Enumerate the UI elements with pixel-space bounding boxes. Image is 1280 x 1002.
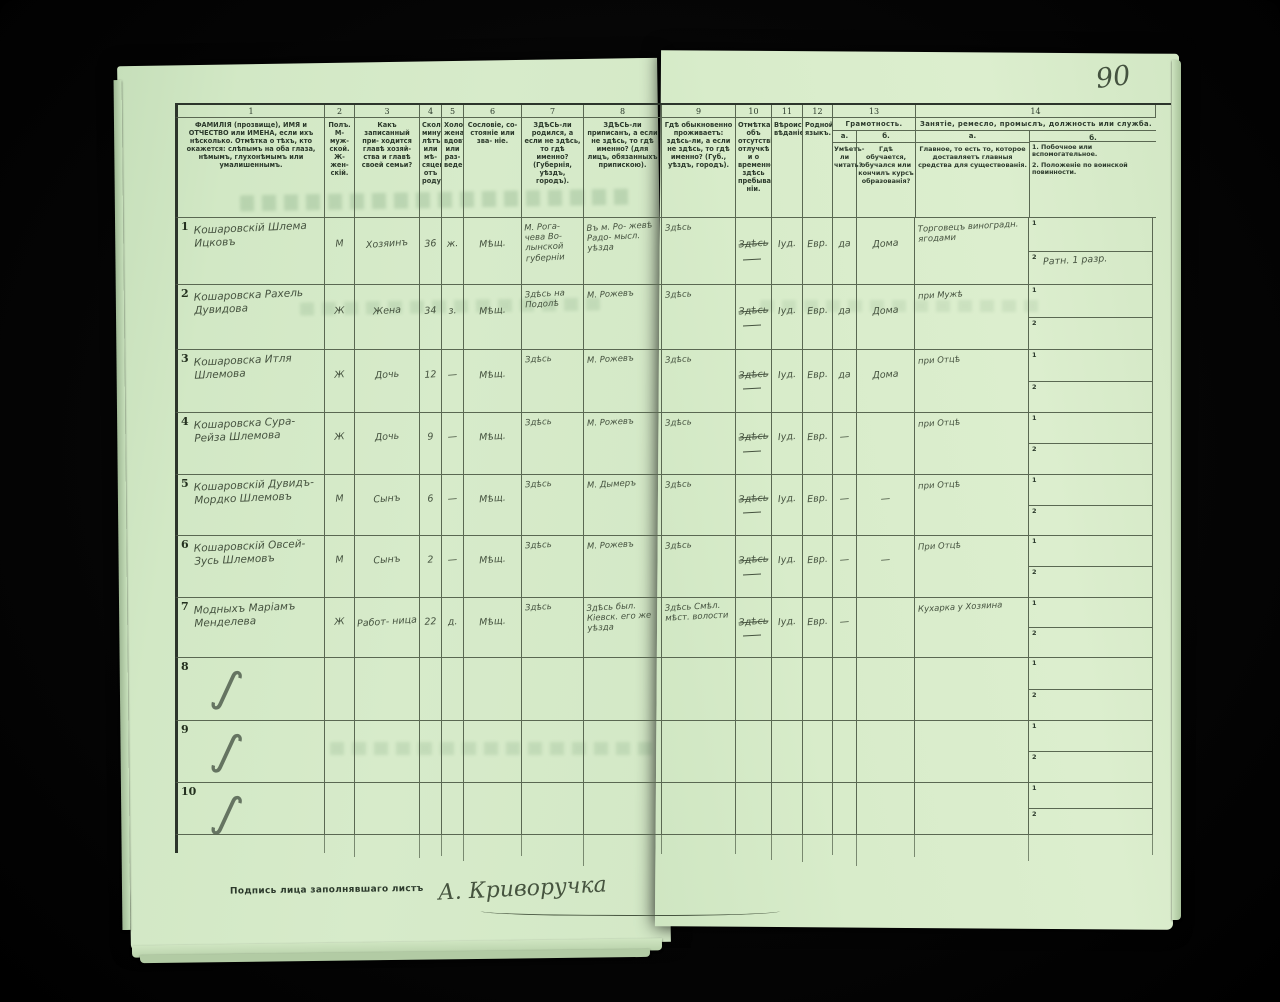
cell-marital: — xyxy=(442,536,464,598)
handwritten-entry: 9 xyxy=(420,431,441,443)
column-line-tail xyxy=(442,835,464,861)
col2-header: Полъ. М-муж-ской. Ж-жен-скій. xyxy=(325,118,355,218)
cell-marital: ж. xyxy=(442,218,464,285)
col14-number: 14 xyxy=(916,105,1156,118)
handwritten-entry: Ж xyxy=(325,368,354,381)
cell-age: 12 xyxy=(420,350,442,413)
occupation-a-text: Главное, то есть то, которое доставляетъ… xyxy=(916,143,1029,217)
occupation-title: Занятіе, ремесло, промыслъ, должность ил… xyxy=(916,118,1156,131)
handwritten-name: Кошаровскій Шлема Ицковъ xyxy=(193,219,320,251)
cell-occupation-main: при Отцѣ xyxy=(915,413,1029,475)
handwritten-name: Кошаровскій Овсей-Зусь Шлемовъ xyxy=(193,537,320,569)
cell-relation: Хозяинъ xyxy=(355,218,420,285)
cell-registration xyxy=(584,783,662,835)
cell-marital: з. xyxy=(442,285,464,350)
cell-registration: Въ м. Ро- жевѣ Радо- мысл. уѣзда xyxy=(584,218,662,285)
table-row: 4Кошаровска Сура-Рейза ШлемоваЖДочь9—Мѣщ… xyxy=(175,413,1171,475)
handwritten-entry: Кухарка у Хозяина xyxy=(915,599,1028,615)
row-number: 10 xyxy=(181,785,196,798)
handwritten-entry: Евр. xyxy=(803,615,832,628)
occupation-side-slot: 1 xyxy=(1029,598,1152,628)
header-number-row: 1 2 3 4 5 6 7 8 9 10 11 12 13 14 xyxy=(175,105,1171,118)
cell-occupation-side: 12 xyxy=(1029,783,1153,835)
cell-sex xyxy=(325,721,355,783)
col4-header: Сколько минуло лѣтъ или мѣ- сяцевъ отъ р… xyxy=(420,118,442,218)
cell-educated-where: Дома xyxy=(857,218,915,285)
cell-educated-where xyxy=(857,721,915,783)
cell-educated-where xyxy=(857,413,915,475)
table-row: 1Кошаровскій Шлема ИцковъМХозяинъ36ж.Мѣщ… xyxy=(175,218,1171,285)
occupation-b-text-2: 2. Положеніе по воинской повинности. xyxy=(1030,160,1156,178)
handwritten-entry: М. Дымеръ xyxy=(584,477,661,491)
handwritten-entry: Мѣщ. xyxy=(464,492,521,507)
handwritten-entry: Іуд. xyxy=(772,492,802,505)
cell-birthplace: Здѣсь xyxy=(522,413,584,475)
printed-slot-number: 2 xyxy=(1032,319,1037,327)
row-number: 6 xyxy=(181,538,189,551)
printed-slot-number: 1 xyxy=(1032,537,1037,545)
printed-slot-number: 2 xyxy=(1032,253,1037,261)
signature-handwriting: А. Криворучка xyxy=(437,872,607,905)
col7-header: ЗДѢСЬ-ли родился, а если не здѣсь, то гд… xyxy=(522,118,584,218)
handwritten-entry: Работ- ница xyxy=(355,614,419,629)
table-row: 3Кошаровска Итля ШлемоваЖДочь12—Мѣщ.Здѣс… xyxy=(175,350,1171,413)
handwritten-entry: М. Рожевъ xyxy=(584,415,661,429)
cell-marital xyxy=(442,721,464,783)
cell-estate xyxy=(464,721,522,783)
absence-dash-mark xyxy=(743,258,761,260)
handwritten-entry: Дома xyxy=(857,367,914,382)
handwritten-entry: Евр. xyxy=(803,238,832,251)
row-number: 1 xyxy=(181,220,189,233)
absence-dash-mark xyxy=(743,450,761,452)
handwritten-entry: Сынъ xyxy=(355,491,419,506)
cell-absence-note xyxy=(736,658,772,721)
cell-age: 2 xyxy=(420,536,442,598)
handwritten-entry: Іуд. xyxy=(772,554,802,567)
handwritten-entry: Здѣсь xyxy=(522,352,583,365)
column-line-tail xyxy=(662,835,736,854)
occupation-side-slot: 2 xyxy=(1029,444,1152,474)
column-line-tail xyxy=(325,835,355,857)
occupation-side-slot: 2 xyxy=(1029,628,1152,657)
cell-estate: Мѣщ. xyxy=(464,413,522,475)
cell-native-language: Евр. xyxy=(803,218,833,285)
handwritten-entry: Здѣсь xyxy=(662,415,735,429)
col11-header: Вѣроиспо- вѣданіе. xyxy=(772,118,803,218)
handwritten-entry: Здѣсь xyxy=(736,368,771,381)
handwritten-entry: Здѣсь xyxy=(736,492,771,505)
cell-sex xyxy=(325,783,355,835)
cell-occupation-side: 12 xyxy=(1029,658,1153,721)
cell-name: 1Кошаровскій Шлема Ицковъ xyxy=(175,218,325,285)
handwritten-entry: Здѣсь xyxy=(662,287,735,301)
cell-name: 5Кошаровскій Дувидъ-Мордко Шлемовъ xyxy=(175,475,325,536)
handwritten-entry: 34 xyxy=(420,304,441,316)
cell-sex: Ж xyxy=(325,350,355,413)
cell-can-read: — xyxy=(833,598,857,658)
handwritten-entry: — xyxy=(833,615,856,628)
handwritten-entry: — xyxy=(442,493,463,505)
cell-registration: Здѣсь был. Кіевск. его же уѣзда xyxy=(584,598,662,658)
cell-absence-note: Здѣсь xyxy=(736,218,772,285)
cell-religion xyxy=(772,721,803,783)
handwritten-entry: Евр. xyxy=(803,304,832,317)
cell-absence-note: Здѣсь xyxy=(736,285,772,350)
cell-religion: Іуд. xyxy=(772,350,803,413)
occupation-side-slot: 1 xyxy=(1029,721,1152,752)
cell-religion xyxy=(772,783,803,835)
cell-registration: М. Рожевъ xyxy=(584,413,662,475)
handwritten-entry: Іуд. xyxy=(772,238,802,251)
printed-slot-number: 1 xyxy=(1032,286,1037,294)
printed-slot-number: 1 xyxy=(1032,659,1037,667)
cell-educated-where: — xyxy=(857,475,915,536)
handwritten-entry: При Отцѣ xyxy=(915,537,1028,553)
col10-header: Отмѣтка объ отсутствіи, отлучкѣ и о врем… xyxy=(736,118,772,218)
printed-slot-number: 1 xyxy=(1032,599,1037,607)
occupation-side-slot: 2 xyxy=(1029,752,1152,782)
handwritten-entry: Іуд. xyxy=(772,431,802,444)
cell-birthplace: Здѣсь xyxy=(522,598,584,658)
cell-native-language: Евр. xyxy=(803,475,833,536)
handwritten-entry: Евр. xyxy=(803,431,832,444)
cell-can-read: да xyxy=(833,350,857,413)
cell-marital xyxy=(442,783,464,835)
col5-header: Холостъ, женатъ, вдовъ или раз- веденъ? xyxy=(442,118,464,218)
cell-name: 6Кошаровскій Овсей-Зусь Шлемовъ xyxy=(175,536,325,598)
handwritten-entry: М xyxy=(325,554,354,567)
handwritten-entry: М xyxy=(325,493,354,506)
handwritten-entry: Торговецъ виноградн. ягодами xyxy=(915,219,1028,245)
occupation-a-label: а. xyxy=(916,131,1029,143)
cell-relation: Работ- ница xyxy=(355,598,420,658)
folio-number: 90 xyxy=(1094,60,1132,95)
occupation-side-slot: 2 xyxy=(1029,382,1152,413)
cell-marital: — xyxy=(442,350,464,413)
col7-number: 7 xyxy=(522,105,584,118)
handwritten-entry: Жена xyxy=(355,303,419,318)
cell-age xyxy=(420,658,442,721)
underlying-sheet-edge-right xyxy=(1172,60,1181,920)
cell-residence xyxy=(662,721,736,783)
handwritten-entry: Мѣщ. xyxy=(464,430,521,445)
header-label-row: ФАМИЛІЯ (прозвище), ИМЯ и ОТЧЕСТВО или И… xyxy=(175,118,1171,218)
handwritten-entry: Іуд. xyxy=(772,615,802,628)
cell-age: 34 xyxy=(420,285,442,350)
cell-absence-note: Здѣсь xyxy=(736,413,772,475)
row-number: 5 xyxy=(181,477,189,490)
col9-header: Гдѣ обыкновенно проживаетъ: здѣсь-ли, а … xyxy=(662,118,736,218)
cell-relation xyxy=(355,721,420,783)
occupation-side-slot: 1 xyxy=(1029,218,1152,252)
cell-marital: — xyxy=(442,475,464,536)
cell-sex: Ж xyxy=(325,285,355,350)
cell-birthplace xyxy=(522,783,584,835)
handwritten-entry: Здѣсь на Подолѣ xyxy=(522,287,583,311)
handwritten-entry: д. xyxy=(442,615,463,627)
handwritten-entry: Здѣсь xyxy=(736,431,771,444)
cell-registration xyxy=(584,721,662,783)
cell-sex: М xyxy=(325,218,355,285)
row-number: 3 xyxy=(181,352,189,365)
handwritten-entry: Хозяинъ xyxy=(355,237,419,252)
cell-can-read xyxy=(833,721,857,783)
cell-relation xyxy=(355,783,420,835)
cell-birthplace: Здѣсь на Подолѣ xyxy=(522,285,584,350)
printed-slot-number: 1 xyxy=(1032,351,1037,359)
signature-underline-flourish xyxy=(480,905,780,917)
cell-sex: Ж xyxy=(325,598,355,658)
handwritten-entry: Здѣсь xyxy=(736,304,771,317)
cell-residence: Здѣсь xyxy=(662,350,736,413)
col8-number: 8 xyxy=(584,105,662,118)
literacy-a-label: а. xyxy=(833,131,856,143)
handwritten-entry: да xyxy=(833,238,856,251)
handwritten-name: Кошаровскій Дувидъ-Мордко Шлемовъ xyxy=(193,476,320,508)
handwritten-entry: Дома xyxy=(857,237,914,252)
absence-dash-mark xyxy=(743,634,761,636)
handwritten-name: Кошаровска Итля Шлемова xyxy=(193,351,320,383)
handwritten-entry: Ж xyxy=(325,431,354,444)
cell-residence: Здѣсь xyxy=(662,218,736,285)
cell-birthplace: Здѣсь xyxy=(522,350,584,413)
cell-can-read xyxy=(833,783,857,835)
printed-slot-number: 2 xyxy=(1032,629,1037,637)
cell-estate: Мѣщ. xyxy=(464,598,522,658)
absence-dash-mark xyxy=(743,573,761,575)
cell-registration: М. Рожевъ xyxy=(584,350,662,413)
cell-estate xyxy=(464,783,522,835)
cell-religion: Іуд. xyxy=(772,475,803,536)
cell-occupation-side: 12 xyxy=(1029,350,1153,413)
cell-occupation-main xyxy=(915,783,1029,835)
cell-marital xyxy=(442,658,464,721)
cell-name: 3Кошаровска Итля Шлемова xyxy=(175,350,325,413)
col3-header: Какъ записанный при- ходится главѣ хозяй… xyxy=(355,118,420,218)
handwritten-entry: Здѣсь xyxy=(522,477,583,490)
photo-of-census-spread: 90 1 2 3 4 5 6 7 8 9 10 11 12 13 14 ФАМИ… xyxy=(0,0,1280,1002)
handwritten-entry: Сынъ xyxy=(355,553,419,568)
cell-sex: М xyxy=(325,536,355,598)
signature-row: Подпись лица заполнявшаго листъ А. Криво… xyxy=(230,875,607,905)
occupation-b-label: б. xyxy=(1030,131,1156,142)
occupation-side-slot: 1 xyxy=(1029,413,1152,444)
cell-occupation-side: 12 xyxy=(1029,598,1153,658)
cell-occupation-main xyxy=(915,721,1029,783)
cell-birthplace: М. Рога- чева Во- лынской губерніи xyxy=(522,218,584,285)
handwritten-entry: Мѣщ. xyxy=(464,553,521,568)
cell-estate: Мѣщ. xyxy=(464,536,522,598)
col13-number: 13 xyxy=(833,105,916,118)
column-line-tail xyxy=(833,835,857,866)
handwritten-entry: Евр. xyxy=(803,493,832,506)
printed-slot-number: 1 xyxy=(1032,722,1037,730)
cell-native-language xyxy=(803,721,833,783)
handwritten-entry: Здѣсь был. Кіевск. его же уѣзда xyxy=(584,600,662,635)
absence-dash-mark xyxy=(743,388,761,390)
cell-can-read: — xyxy=(833,536,857,598)
column-line-tail xyxy=(464,835,522,856)
literacy-title: Грамотность. xyxy=(833,118,915,131)
cell-birthplace xyxy=(522,721,584,783)
cell-birthplace: Здѣсь xyxy=(522,475,584,536)
handwritten-entry: Ратн. 1 разр. xyxy=(1043,253,1108,267)
cell-birthplace xyxy=(522,658,584,721)
table-row: 10∫12 xyxy=(175,783,1171,835)
row-number: 8 xyxy=(181,660,189,673)
cell-occupation-main: Кухарка у Хозяина xyxy=(915,598,1029,658)
occupation-side-slot: 2 xyxy=(1029,318,1152,350)
cell-residence xyxy=(662,658,736,721)
cell-native-language: Евр. xyxy=(803,413,833,475)
cell-registration: М. Рожевъ xyxy=(584,536,662,598)
handwritten-entry: — xyxy=(857,492,914,507)
cell-residence: Здѣсь xyxy=(662,285,736,350)
occupation-side-slot: 2 xyxy=(1029,690,1152,721)
handwritten-entry: — xyxy=(833,493,856,506)
cell-educated-where xyxy=(857,658,915,721)
handwritten-entry: Ж xyxy=(325,615,354,628)
cell-registration: М. Рожевъ xyxy=(584,285,662,350)
occupation-side-slot: 2 xyxy=(1029,567,1152,597)
cell-age xyxy=(420,783,442,835)
table-body: 1Кошаровскій Шлема ИцковъМХозяинъ36ж.Мѣщ… xyxy=(175,218,1171,835)
cell-native-language: Евр. xyxy=(803,350,833,413)
occupation-side-slot: 1 xyxy=(1029,783,1152,809)
handwritten-entry: Іуд. xyxy=(772,304,802,317)
cell-occupation-main: при Мужѣ xyxy=(915,285,1029,350)
col10-number: 10 xyxy=(736,105,772,118)
handwritten-entry: Мѣщ. xyxy=(464,614,521,629)
cell-marital: д. xyxy=(442,598,464,658)
cell-sex: М xyxy=(325,475,355,536)
signature-label: Подпись лица заполнявшаго листъ xyxy=(230,878,424,897)
cell-age: 22 xyxy=(420,598,442,658)
cell-relation: Сынъ xyxy=(355,475,420,536)
col2-number: 2 xyxy=(325,105,355,118)
col11-number: 11 xyxy=(772,105,803,118)
handwritten-entry: Здѣсь xyxy=(662,220,735,234)
cell-estate: Мѣщ. xyxy=(464,218,522,285)
col13-literacy-group: Грамотность. а. Умѣетъ- ли читать? б. Гд… xyxy=(833,118,916,218)
cell-sex: Ж xyxy=(325,413,355,475)
handwritten-entry: Здѣсь xyxy=(736,615,771,628)
col12-header: Родной языкъ. xyxy=(803,118,833,218)
handwritten-entry: ж. xyxy=(442,238,463,250)
absence-dash-mark xyxy=(743,324,761,326)
cell-absence-note xyxy=(736,721,772,783)
cell-relation: Дочь xyxy=(355,350,420,413)
cell-relation xyxy=(355,658,420,721)
handwritten-entry: Дочь xyxy=(355,430,419,445)
handwritten-name: Модныхъ Маріамъ Менделева xyxy=(193,599,320,631)
cell-registration xyxy=(584,658,662,721)
column-line-tail xyxy=(857,835,915,857)
cell-name: 10∫ xyxy=(175,783,325,835)
empty-row-flourish: ∫ xyxy=(207,658,249,717)
empty-row-flourish: ∫ xyxy=(207,721,249,780)
handwritten-entry: Мѣщ. xyxy=(464,367,521,382)
cell-absence-note xyxy=(736,783,772,835)
row-number: 4 xyxy=(181,415,189,428)
cell-native-language xyxy=(803,658,833,721)
cell-occupation-main: Торговецъ виноградн. ягодами xyxy=(915,218,1029,285)
printed-slot-number: 1 xyxy=(1032,784,1037,792)
handwritten-entry: Ж xyxy=(325,304,354,317)
cell-marital: — xyxy=(442,413,464,475)
handwritten-entry: Мѣщ. xyxy=(464,237,521,252)
handwritten-entry: Евр. xyxy=(803,554,832,567)
table-row: 2Кошаровска Рахель ДувидоваЖЖена34з.Мѣщ.… xyxy=(175,285,1171,350)
handwritten-entry: Въ м. Ро- жевѣ Радо- мысл. уѣзда xyxy=(584,220,662,255)
column-line-tail xyxy=(522,835,584,866)
col9-number: 9 xyxy=(662,105,736,118)
col3-number: 3 xyxy=(355,105,420,118)
cell-residence: Здѣсь xyxy=(662,413,736,475)
handwritten-entry: Здѣсь xyxy=(522,600,583,613)
cell-name: 9∫ xyxy=(175,721,325,783)
cell-absence-note: Здѣсь xyxy=(736,475,772,536)
printed-slot-number: 2 xyxy=(1032,568,1037,576)
handwritten-name: Кошаровска Рахель Дувидова xyxy=(193,286,320,318)
cell-educated-where: — xyxy=(857,536,915,598)
cell-native-language: Евр. xyxy=(803,285,833,350)
handwritten-entry: — xyxy=(833,554,856,567)
column-line-tail xyxy=(915,835,1029,861)
census-table: 1 2 3 4 5 6 7 8 9 10 11 12 13 14 ФАМИЛІЯ… xyxy=(175,103,1171,869)
cell-residence: Здѣсь xyxy=(662,475,736,536)
cell-name: 7Модныхъ Маріамъ Менделева xyxy=(175,598,325,658)
table-row: 9∫12 xyxy=(175,721,1171,783)
handwritten-entry: Дома xyxy=(857,303,914,318)
cell-religion: Іуд. xyxy=(772,598,803,658)
cell-occupation-side: 12 xyxy=(1029,285,1153,350)
printed-slot-number: 1 xyxy=(1032,414,1037,422)
column-line-tail xyxy=(803,835,833,855)
col6-header: Сословіе, со- стояніе или зва- ніе. xyxy=(464,118,522,218)
col1-number: 1 xyxy=(175,105,325,118)
handwritten-entry: Здѣсь xyxy=(522,538,583,551)
cell-name: 4Кошаровска Сура-Рейза Шлемова xyxy=(175,413,325,475)
cell-religion: Іуд. xyxy=(772,536,803,598)
printed-slot-number: 2 xyxy=(1032,507,1037,515)
cell-occupation-side: 12 xyxy=(1029,721,1153,783)
printed-slot-number: 2 xyxy=(1032,383,1037,391)
handwritten-entry: 22 xyxy=(420,615,441,627)
row-number: 7 xyxy=(181,600,189,613)
literacy-b-text: Гдѣ обучается, обучался или кончилъ курс… xyxy=(857,143,915,217)
cell-occupation-side: 12 xyxy=(1029,413,1153,475)
cell-absence-note: Здѣсь xyxy=(736,536,772,598)
cell-residence: Здѣсь Смѣл. мѣст. волости xyxy=(662,598,736,658)
cell-registration: М. Дымеръ xyxy=(584,475,662,536)
col14-occupation-group: Занятіе, ремесло, промыслъ, должность ил… xyxy=(916,118,1156,218)
col5-number: 5 xyxy=(442,105,464,118)
handwritten-entry: — xyxy=(857,553,914,568)
cell-religion: Іуд. xyxy=(772,413,803,475)
cell-relation: Дочь xyxy=(355,413,420,475)
cell-estate xyxy=(464,658,522,721)
col4-number: 4 xyxy=(420,105,442,118)
handwritten-entry: — xyxy=(442,554,463,566)
handwritten-entry: М. Рожевъ xyxy=(584,287,661,301)
cell-religion: Іуд. xyxy=(772,218,803,285)
cell-occupation-main xyxy=(915,658,1029,721)
handwritten-entry: Здѣсь xyxy=(662,477,735,491)
cell-relation: Жена xyxy=(355,285,420,350)
row-number: 2 xyxy=(181,287,189,300)
